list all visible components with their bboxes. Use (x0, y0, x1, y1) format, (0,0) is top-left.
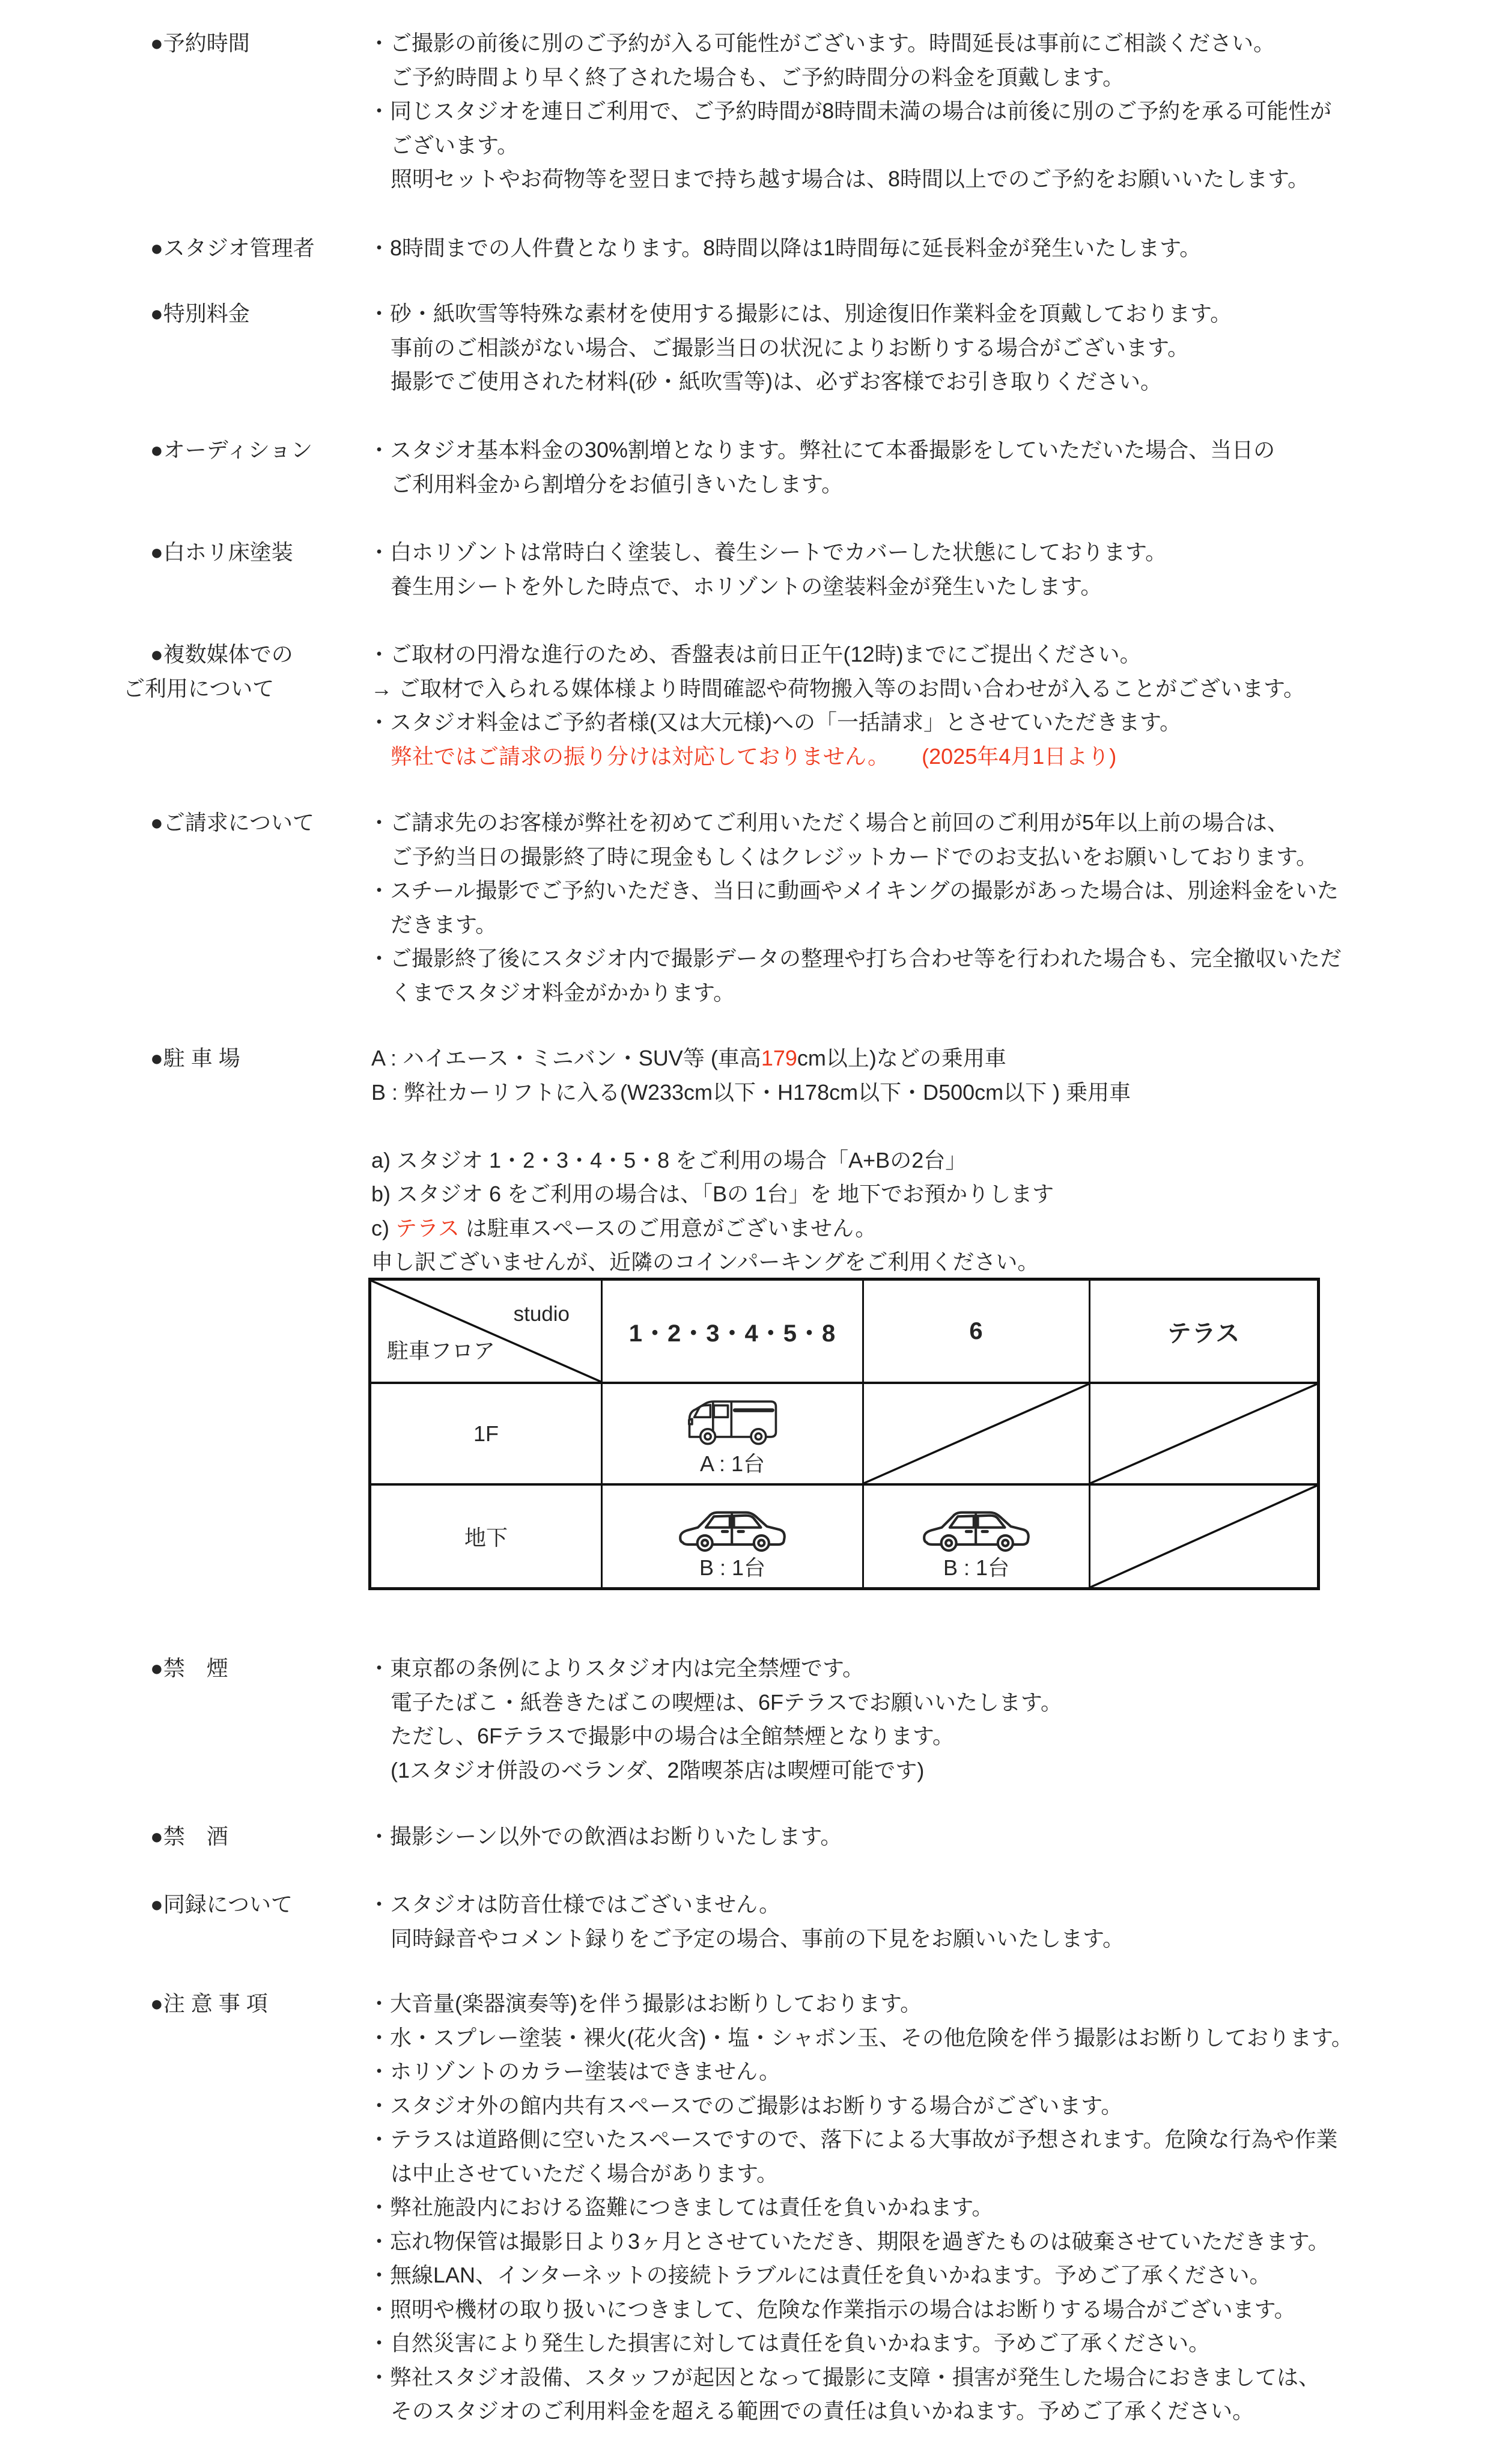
vehicle-caption: A : 1台 (700, 1451, 765, 1477)
terms-line: ・東京都の条例によりスタジオ内は完全禁煙です。 (368, 1651, 1450, 1686)
parking-cell (864, 1384, 1090, 1486)
section-label-line: ●同録について (123, 1888, 363, 1922)
section-label: ●複数媒体でのご利用について (123, 638, 363, 706)
section-body: A : ハイエース・ミニバン・SUV等 (車高179cm以上)などの乗用車B :… (368, 1041, 1450, 1279)
parking-floor-axis-label: 駐車フロア (387, 1334, 495, 1365)
section-label: ●駐 車 場 (123, 1041, 363, 1076)
section-body: ・8時間までの人件費となります。8時間以降は1時間毎に延長料金が発生いたします。 (368, 231, 1450, 266)
studio-axis-label: studio (514, 1302, 570, 1326)
section-label-line: ●注 意 事 項 (123, 1987, 363, 2021)
terms-line: ・スチール撮影でご予約いただき、当日に動画やメイキングの撮影があった場合は、別途… (368, 874, 1450, 908)
van-icon (665, 1384, 800, 1450)
section-label: ●禁 酒 (123, 1820, 363, 1854)
section-body: ・スタジオは防音仕様ではございません。同時録音やコメント録りをご予定の場合、事前… (368, 1888, 1450, 1956)
section-label-line: ●禁 煙 (123, 1651, 363, 1686)
terms-line: ・弊社施設内における盗難につきましては責任を負いかねます。 (368, 2191, 1450, 2225)
section-label: ●スタジオ管理者 (123, 231, 363, 266)
text-segment: cm以上)などの乗用車 (797, 1046, 1006, 1070)
section-label-line: ●白ホリ床塗装 (123, 535, 363, 570)
terms-line: (1スタジオ併設のベランダ、2階喫茶店は喫煙可能です) (368, 1754, 1450, 1788)
floor-row-label: 地下 (371, 1486, 603, 1587)
section-label: ●注 意 事 項 (123, 1987, 363, 2021)
section-body: ・大音量(楽器演奏等)を伴う撮影はお断りしております。・水・スプレー塗装・裸火(… (368, 1987, 1450, 2429)
red-text: テラス (395, 1216, 460, 1240)
terms-line: ・テラスは道路側に空いたスペースですので、落下による大事故が予想されます。危険な… (368, 2123, 1450, 2157)
terms-line: ・大音量(楽器演奏等)を伴う撮影はお断りしております。 (368, 1987, 1450, 2021)
diagonal-line (864, 1384, 1089, 1483)
section-body: ・白ホリゾントは常時白く塗装し、養生シートでカバーした状態にしております。養生用… (368, 535, 1450, 603)
section-label-line: ●予約時間 (123, 26, 363, 61)
terms-line: A : ハイエース・ミニバン・SUV等 (車高179cm以上)などの乗用車 (368, 1041, 1450, 1076)
section-body: ・ご請求先のお客様が弊社を初めてご利用いただく場合と前回のご利用が5年以上前の場… (368, 806, 1450, 1010)
terms-line: c) テラス は駐車スペースのご用意がございません。 (368, 1212, 1450, 1246)
terms-line: 申し訳ございませんが、近隣のコインパーキングをご利用ください。 (368, 1245, 1450, 1279)
terms-line: くまでスタジオ料金がかかります。 (368, 976, 1450, 1010)
terms-line: ご利用料金から割増分をお値引きいたします。 (368, 468, 1450, 502)
terms-line: 撮影でご使用された材料(砂・紙吹雪等)は、必ずお客様でお引き取りください。 (368, 365, 1450, 399)
text-segment: は駐車スペースのご用意がございません。 (460, 1216, 877, 1240)
terms-line: そのスタジオのご利用料金を超える範囲での責任は負いかねます。予めご了承ください。 (368, 2394, 1450, 2429)
terms-line: ・スタジオ外の館内共有スペースでのご撮影はお断りする場合がございます。 (368, 2089, 1450, 2123)
text-segment: A : ハイエース・ミニバン・SUV等 (車高 (371, 1046, 761, 1070)
studio-column-header: 6 (864, 1281, 1090, 1384)
diagonal-line (1090, 1486, 1317, 1587)
parking-cell (1090, 1384, 1317, 1486)
terms-line: は中止させていただく場合があります。 (368, 2157, 1450, 2191)
terms-line: 弊社ではご請求の振り分けは対応しておりません。 (2025年4月1日より) (368, 740, 1450, 774)
section-label-line: ●禁 酒 (123, 1820, 363, 1854)
corner-diagonal-line (371, 1281, 601, 1382)
diagonal-line (1090, 1384, 1317, 1483)
terms-line: ・ご取材の円滑な進行のため、香盤表は前日正午(12時)までにご提出ください。 (368, 638, 1450, 672)
red-text: 179 (761, 1046, 797, 1070)
terms-line: ・スタジオは防音仕様ではございません。 (368, 1888, 1450, 1922)
terms-line: a) スタジオ 1・2・3・4・5・8 をご利用の場合「A+Bの2台」 (368, 1144, 1450, 1178)
section-body: ・ご取材の円滑な進行のため、香盤表は前日正午(12時)までにご提出ください。→ … (368, 638, 1450, 773)
terms-line: ・スタジオ基本料金の30%割増となります。弊社にて本番撮影をしていただいた場合、… (368, 433, 1450, 468)
terms-line: ・自然災害により発生した損害に対しては責任を負いかねます。予めご了承ください。 (368, 2326, 1450, 2361)
studio-terms-document: ●予約時間・ご撮影の前後に別のご予約が入る可能性がございます。時間延長は事前にご… (0, 0, 1490, 2464)
terms-line: ・照明や機材の取り扱いにつきまして、危険な作業指示の場合はお断りする場合がござい… (368, 2293, 1450, 2327)
terms-line: 電子たばこ・紙巻きたばこの喫煙は、6Fテラスでお願いいたします。 (368, 1686, 1450, 1720)
terms-line: ・ご撮影終了後にスタジオ内で撮影データの整理や打ち合わせ等を行われた場合も、完全… (368, 942, 1450, 976)
sedan-icon (913, 1493, 1039, 1554)
vehicle-caption: B : 1台 (699, 1555, 765, 1581)
floor-row-label: 1F (371, 1384, 603, 1486)
terms-line: ・撮影シーン以外での飲酒はお断りいたします。 (368, 1820, 1450, 1854)
studio-column-header: 1・2・3・4・5・8 (603, 1281, 864, 1384)
terms-line: ・スタジオ料金はご予約者様(又は大元様)への「一括請求」とさせていただきます。 (368, 706, 1450, 740)
terms-line: だきます。 (368, 908, 1450, 942)
terms-line: ・ご撮影の前後に別のご予約が入る可能性がございます。時間延長は事前にご相談くださ… (368, 26, 1450, 61)
parking-cell: B : 1台 (864, 1486, 1090, 1587)
parking-cell: A : 1台 (603, 1384, 864, 1486)
studio-column-header: テラス (1090, 1281, 1317, 1384)
section-label: ●禁 煙 (123, 1651, 363, 1686)
terms-line: ・同じスタジオを連日ご利用で、ご予約時間が8時間未満の場合は前後に別のご予約を承… (368, 94, 1450, 129)
terms-line: ・忘れ物保管は撮影日より3ヶ月とさせていただき、期限を過ぎたものは破棄させていた… (368, 2225, 1450, 2259)
terms-line: ・ご請求先のお客様が弊社を初めてご利用いただく場合と前回のご利用が5年以上前の場… (368, 806, 1450, 840)
section-body: ・砂・紙吹雪等特殊な素材を使用する撮影には、別途復旧作業料金を頂戴しております。… (368, 297, 1450, 399)
section-label-line: ●特別料金 (123, 297, 363, 331)
vehicle-caption: B : 1台 (943, 1555, 1009, 1581)
parking-cell: B : 1台 (603, 1486, 864, 1587)
terms-line: ただし、6Fテラスで撮影中の場合は全館禁煙となります。 (368, 1719, 1450, 1754)
section-body: ・スタジオ基本料金の30%割増となります。弊社にて本番撮影をしていただいた場合、… (368, 433, 1450, 501)
terms-line: ご予約時間より早く終了された場合も、ご予約時間分の料金を頂戴します。 (368, 61, 1450, 95)
section-label-line: ●駐 車 場 (123, 1041, 363, 1076)
terms-line: ・ホリゾントのカラー塗装はできません。 (368, 2055, 1450, 2089)
section-label: ●白ホリ床塗装 (123, 535, 363, 570)
terms-line: ・無線LAN、インターネットの接続トラブルには責任を負いかねます。予めご了承くだ… (368, 2258, 1450, 2293)
section-label-line: ●複数媒体での (123, 638, 363, 672)
terms-line: 養生用シートを外した時点で、ホリゾントの塗装料金が発生いたします。 (368, 570, 1450, 604)
section-label-line: ●ご請求について (123, 806, 363, 840)
text-segment: c) (371, 1216, 395, 1240)
terms-line: ・弊社スタジオ設備、スタッフが起因となって撮影に支障・損害が発生した場合におきま… (368, 2361, 1450, 2395)
terms-line: ・8時間までの人件費となります。8時間以降は1時間毎に延長料金が発生いたします。 (368, 231, 1450, 266)
terms-line: 事前のご相談がない場合、ご撮影当日の状況によりお断りする場合がございます。 (368, 331, 1450, 365)
terms-line (368, 1109, 1450, 1144)
terms-line: ご予約当日の撮影終了時に現金もしくはクレジットカードでのお支払いをお願いしており… (368, 840, 1450, 874)
section-body: ・撮影シーン以外での飲酒はお断りいたします。 (368, 1820, 1450, 1854)
section-label: ●特別料金 (123, 297, 363, 331)
corner-cell: studio駐車フロア (371, 1281, 603, 1384)
section-label-line: ご利用について (123, 672, 363, 706)
terms-line: 同時録音やコメント録りをご予定の場合、事前の下見をお願いいたします。 (368, 1922, 1450, 1956)
section-body: ・ご撮影の前後に別のご予約が入る可能性がございます。時間延長は事前にご相談くださ… (368, 26, 1450, 197)
terms-line: ・砂・紙吹雪等特殊な素材を使用する撮影には、別途復旧作業料金を頂戴しております。 (368, 297, 1450, 331)
red-text: 弊社ではご請求の振り分けは対応しておりません。 (2025年4月1日より) (391, 744, 1116, 769)
terms-line: ・白ホリゾントは常時白く塗装し、養生シートでカバーした状態にしております。 (368, 535, 1450, 570)
section-label: ●オーディション (123, 433, 363, 468)
section-body: ・東京都の条例によりスタジオ内は完全禁煙です。電子たばこ・紙巻きたばこの喫煙は、… (368, 1651, 1450, 1787)
section-label-line: ●オーディション (123, 433, 363, 468)
section-label: ●同録について (123, 1888, 363, 1922)
parking-table: studio駐車フロア1・2・3・4・5・86テラス1FA : 1台地下B : … (368, 1278, 1320, 1590)
terms-line: ・水・スプレー塗装・裸火(花火含)・塩・シャボン玉、その他危険を伴う撮影はお断り… (368, 2021, 1450, 2055)
terms-line: → ご取材で入られる媒体様より時間確認や荷物搬入等のお問い合わせが入ることがござ… (368, 672, 1450, 706)
section-label-line: ●スタジオ管理者 (123, 231, 363, 266)
terms-line: 照明セットやお荷物等を翌日まで持ち越す場合は、8時間以上でのご予約をお願いいたし… (368, 162, 1450, 197)
section-label: ●ご請求について (123, 806, 363, 840)
terms-line: B : 弊社カーリフトに入る(W233cm以下・H178cm以下・D500cm以… (368, 1076, 1450, 1110)
terms-line: b) スタジオ 6 をご利用の場合は、「Bの 1台」を 地下でお預かりします (368, 1177, 1450, 1212)
sedan-icon (669, 1493, 795, 1554)
section-label: ●予約時間 (123, 26, 363, 61)
terms-line: ございます。 (368, 129, 1450, 163)
parking-cell (1090, 1486, 1317, 1587)
